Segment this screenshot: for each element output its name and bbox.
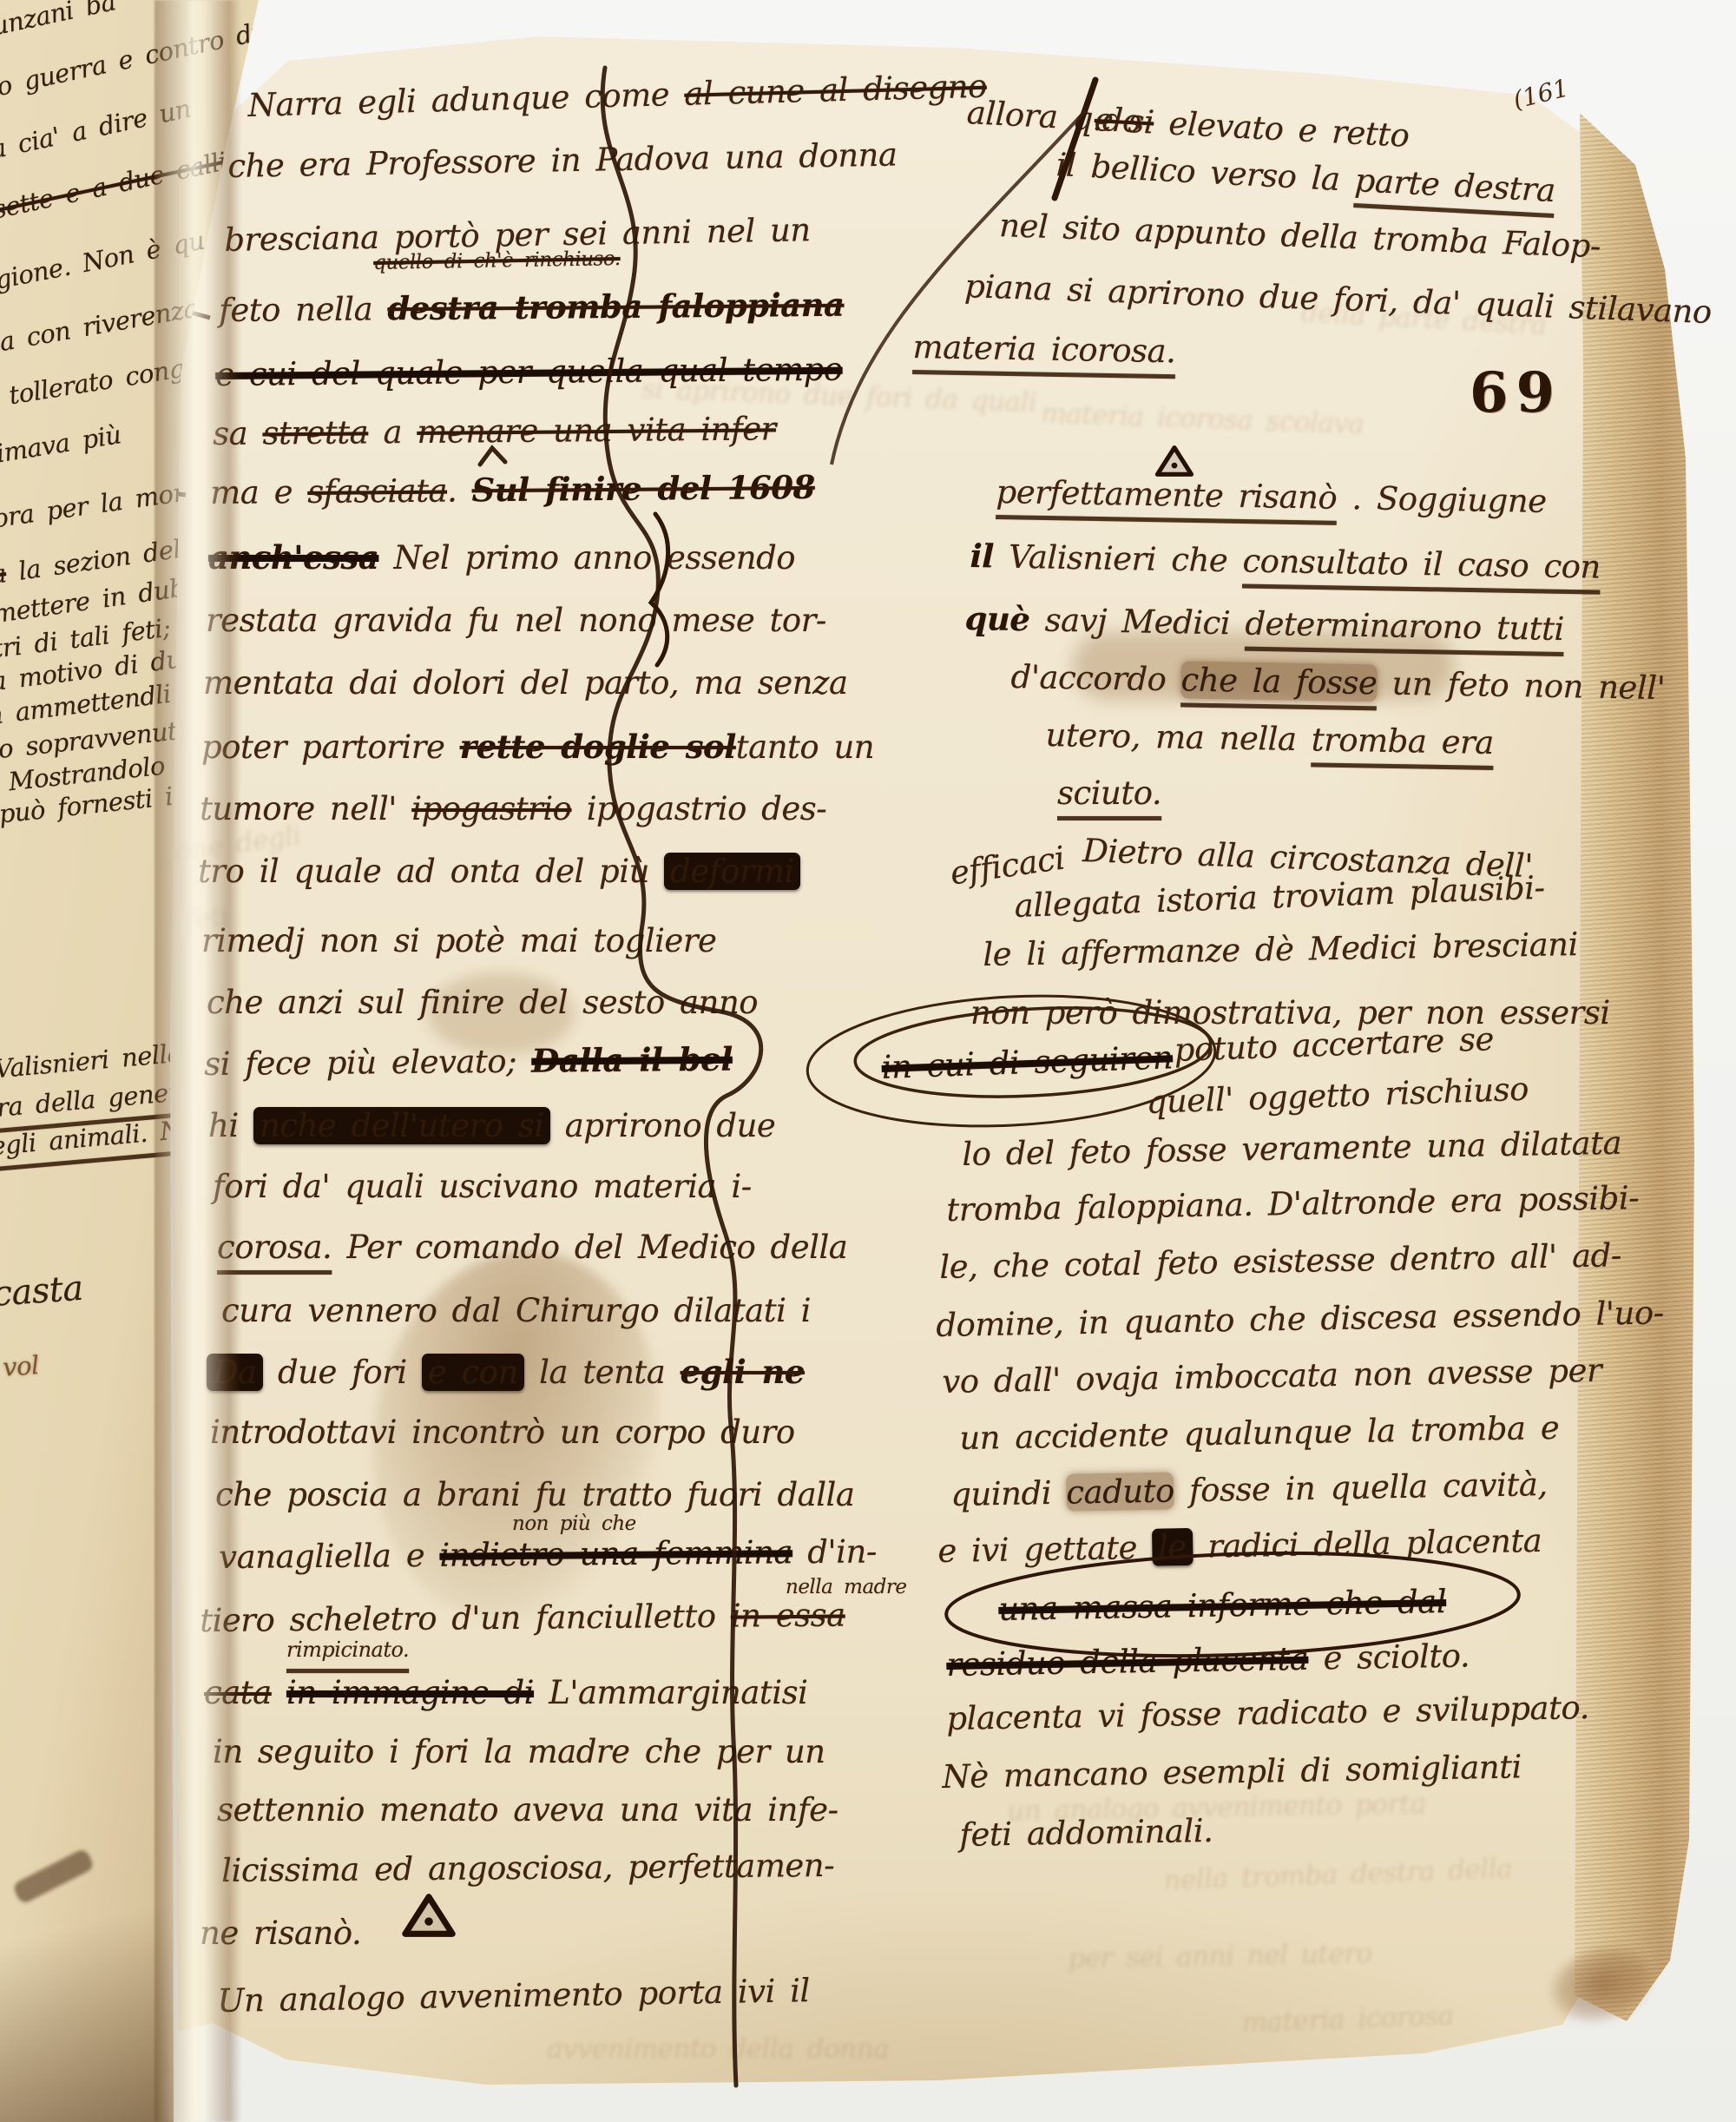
book-fore-edge: [1573, 111, 1700, 2043]
text-segment: determinarono tutti: [1245, 605, 1564, 648]
text-segment: destra tromba faloppiana: [387, 286, 844, 328]
manuscript-line: cura vennero dal Chirurgo dilatati i: [221, 1292, 811, 1329]
text-segment: L'ammarginatisi: [534, 1674, 807, 1711]
manuscript-line: non però dimostrativa, per non essersi: [970, 994, 1610, 1031]
text-segment: per sei anni nel utero: [1068, 1938, 1372, 1974]
manuscript-line: non più che: [512, 1512, 636, 1535]
bleed-through-text: avvenimento della donna: [547, 2033, 889, 2065]
text-segment: il: [970, 537, 994, 575]
text-segment: sa: [213, 414, 263, 451]
text-segment: tumore nell': [200, 790, 411, 827]
text-segment: che poscia a brani fu tratto fuori dalla: [215, 1476, 854, 1513]
text-segment: rimedj non si potè mai togliere: [201, 922, 716, 959]
text-segment: casta: [0, 1269, 84, 1315]
text-segment: e si: [1094, 101, 1155, 142]
text-segment: al cune al disegno: [684, 68, 988, 113]
text-segment: tro il quale ad onta del più: [198, 853, 664, 890]
text-segment: due fori: [263, 1354, 422, 1391]
text-segment: che la fosse: [1180, 661, 1377, 702]
text-segment: quindi: [950, 1474, 1067, 1513]
text-segment: hi: [208, 1107, 253, 1144]
manuscript-line: corosa. Per comando del Medico della: [217, 1229, 847, 1266]
text-segment: Dalla il bel: [531, 1040, 733, 1080]
manuscript-line: Da due fori e con la tenta egli ne: [207, 1353, 805, 1391]
manuscript-line: tro il quale ad onta del più deformi: [198, 853, 800, 890]
corner-folio-note: (161: [1510, 73, 1571, 115]
manuscript-photo: si aprirono due fori da qualimateria ico…: [0, 0, 1736, 2122]
text-segment: un feto non nell': [1377, 664, 1666, 707]
text-segment: la tenta: [524, 1354, 681, 1391]
manuscript-line: feti addominali.: [959, 1812, 1213, 1854]
manuscript-line: rimpicinato.: [286, 1638, 409, 1662]
page-number: 69: [1470, 360, 1562, 425]
text-segment: vanagliella e: [219, 1537, 440, 1576]
text-segment: consultato il caso con: [1242, 542, 1601, 585]
text-segment: ipogastrio des-: [571, 790, 826, 827]
text-segment: d'in-: [792, 1532, 877, 1571]
manuscript-line: fori da' quali uscivano materia i-: [213, 1168, 752, 1205]
manuscript-line: materia icorosa.: [912, 328, 1176, 370]
text-segment: caduto: [1066, 1473, 1174, 1512]
text-segment: d'accordo: [1010, 658, 1181, 698]
facing-page-line-fragment: casta: [0, 1269, 84, 1315]
manuscript-line: restata gravida fu nel nono mese tor-: [206, 602, 826, 639]
manuscript-line: ne risanò.: [200, 1914, 361, 1952]
facing-page-line-fragment: vol: [2, 1350, 40, 1382]
text-segment: Per comando del Medico della: [332, 1229, 847, 1266]
text-segment: corosa.: [217, 1229, 332, 1266]
manuscript-line: che poscia a brani fu tratto fuori dalla: [215, 1476, 854, 1513]
text-segment: mentata dai dolori del parto, ma senza: [203, 664, 848, 702]
text-segment: quello di ch'è rinchiuso.: [373, 247, 621, 274]
text-segment: sciuto.: [1057, 774, 1161, 812]
text-segment: a: [368, 413, 417, 451]
insertion-triangle-mark: [1154, 445, 1194, 481]
text-segment: què: [964, 599, 1030, 638]
text-segment: .: [447, 471, 472, 509]
manuscript-line: licissima ed angosciosa, perfettamen-: [221, 1847, 834, 1889]
text-segment: egli ne: [681, 1353, 805, 1391]
text-segment: Valisnieri che: [993, 537, 1243, 579]
manuscript-line: vanagliella e indietro una femmina d'in-: [219, 1532, 877, 1576]
facing-page-line-fragment: rimava più: [0, 419, 123, 470]
manuscript-line: si fece più elevato; Dalla il bel: [204, 1040, 733, 1083]
text-segment: radici della placenta: [1193, 1522, 1542, 1565]
manuscript-line: introdottavi incontrò un corpo duro: [210, 1414, 795, 1451]
text-segment: in essa: [731, 1597, 845, 1635]
text-segment: cata: [204, 1674, 272, 1711]
text-segment: feto nella: [219, 290, 388, 329]
text-segment: e sciolto.: [1308, 1637, 1470, 1677]
text-segment: licissima ed angosciosa, perfettamen-: [221, 1847, 834, 1889]
facing-page-line-fragment: a sette e a due calli: [0, 146, 229, 230]
text-segment: rette doglie sol: [460, 728, 736, 766]
text-segment: ne risanò.: [200, 1914, 361, 1952]
text-segment: non più che: [512, 1512, 636, 1535]
manuscript-line: rimedj non si potè mai togliere: [201, 922, 716, 959]
text-segment: tromba era: [1311, 721, 1494, 761]
manuscript-line: una massa informe che dal: [998, 1583, 1446, 1628]
text-segment: nella madre: [786, 1576, 907, 1598]
manuscript-line: che anzi sul finire del sesto anno: [207, 984, 758, 1021]
text-segment: introdottavi incontrò un corpo duro: [210, 1414, 795, 1451]
manuscript-line: tumore nell' ipogastrio ipogastrio des-: [200, 790, 826, 827]
text-segment: indietro una femmina: [439, 1533, 792, 1574]
manuscript-line: quello di ch'è rinchiuso.: [373, 247, 621, 274]
text-segment: sfasciata: [307, 472, 447, 511]
facing-page-line-fragment: ragione. Non è qu: [0, 226, 207, 300]
text-segment: nche dell'utero si: [253, 1107, 550, 1144]
text-segment: restata gravida fu nel nono mese tor-: [206, 602, 826, 639]
text-segment: che anzi sul finire del sesto anno: [207, 984, 758, 1021]
text-segment: fori da' quali uscivano materia i-: [213, 1168, 752, 1205]
text-segment: Nel primo anno essendo: [378, 539, 795, 577]
text-segment: ragione. Non è qu: [0, 226, 207, 300]
manuscript-line: e cui del quale per quella qual tempo: [215, 351, 843, 393]
insertion-triangle-mark: [401, 1893, 457, 1941]
text-segment: e ivi gettate: [937, 1529, 1153, 1570]
text-segment: anch'essa: [208, 538, 378, 577]
text-segment: [272, 1674, 286, 1711]
facing-page-line-fragment: dunzani ba: [0, 0, 118, 44]
text-segment: ipogastrio: [411, 790, 571, 827]
text-segment: utero, ma nella: [1045, 716, 1312, 758]
text-segment: residuo della placenta: [946, 1640, 1309, 1684]
text-segment: rimpicinato.: [286, 1638, 409, 1662]
manuscript-line: settennio menato aveva una vita infe-: [217, 1791, 838, 1829]
text-segment: avvenimento della donna: [547, 2033, 889, 2065]
text-segment: deformi: [664, 853, 800, 890]
text-segment: aprirono due: [550, 1107, 776, 1144]
manuscript-line: mentata dai dolori del parto, ma senza: [203, 664, 848, 702]
text-segment: in immagine di: [286, 1674, 534, 1711]
text-segment: . Soggiugne: [1337, 479, 1547, 520]
manuscript-line: tiero scheletro d'un fanciulletto in ess…: [200, 1597, 845, 1639]
text-segment: Sul finire del 1608: [471, 468, 815, 509]
text-segment: cura vennero dal Chirurgo dilatati i: [221, 1292, 811, 1329]
text-segment: materia icorosa.: [912, 328, 1176, 370]
bleed-through-text: per sei anni nel utero: [1068, 1938, 1372, 1974]
text-segment: dunzani ba: [0, 0, 118, 44]
text-segment: Da: [207, 1354, 263, 1391]
manuscript-line: poter partorire rette doglie soltanto un: [201, 728, 874, 766]
caret-mark: [477, 445, 509, 471]
text-segment: vol: [2, 1350, 40, 1382]
text-segment: fosse in quella cavità,: [1174, 1466, 1548, 1509]
text-segment: e con: [422, 1354, 524, 1391]
text-segment: le: [1152, 1528, 1193, 1566]
manuscript-line: hi nche dell'utero si aprirono due: [208, 1107, 775, 1144]
manuscript-line: utero, ma nella tromba era: [1045, 716, 1494, 761]
text-segment: una massa informe che dal: [998, 1583, 1446, 1628]
manuscript-line: in seguito i fori la madre che per un: [213, 1733, 825, 1770]
text-segment: tiero scheletro d'un fanciulletto: [200, 1598, 731, 1639]
manuscript-line: ma e sfasciata. Sul finire del 1608: [210, 468, 815, 511]
text-segment: feti addominali.: [959, 1812, 1213, 1854]
dark-ink-smear: [11, 1848, 95, 1905]
text-segment: ma e: [210, 473, 307, 511]
text-segment: poter partorire: [201, 728, 460, 766]
text-segment: settennio menato aveva una vita infe-: [217, 1791, 838, 1829]
text-segment: savj Medici: [1029, 601, 1246, 642]
manuscript-line: cata in immagine di L'ammarginatisi: [204, 1674, 807, 1711]
manuscript-line: anch'essa Nel primo anno essendo: [208, 538, 795, 577]
text-segment: rimava più: [0, 419, 123, 470]
text-segment: non però dimostrativa, per non essersi: [970, 994, 1610, 1031]
manuscript-line: feto nella destra tromba faloppiana: [219, 286, 845, 329]
text-segment: e cui del quale per quella qual tempo: [215, 351, 843, 393]
text-segment: si fece più elevato;: [204, 1043, 531, 1083]
manuscript-line: sciuto.: [1057, 774, 1161, 812]
text-segment: a sette e a due calli: [0, 146, 229, 230]
text-segment: tanto un: [736, 728, 874, 766]
manuscript-line: nella madre: [786, 1576, 907, 1598]
text-segment: in seguito i fori la madre che per un: [213, 1733, 825, 1770]
text-segment: menare una vita infer: [417, 410, 776, 451]
text-segment: stretta: [262, 413, 368, 451]
